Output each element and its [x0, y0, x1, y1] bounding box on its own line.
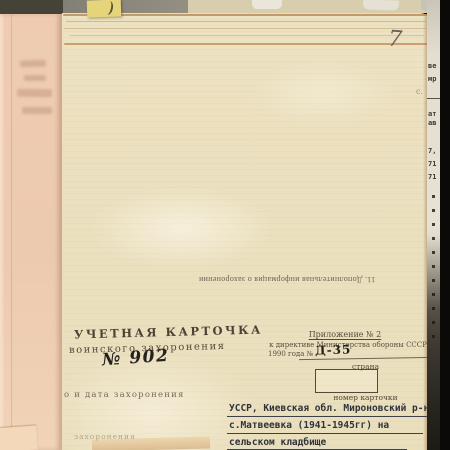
underlying-sheet-corner — [0, 425, 38, 450]
ink-bleedthrough — [20, 60, 46, 68]
strip-text-fragment: ве — [428, 62, 436, 70]
page-crease — [11, 14, 12, 450]
burial-date-field-label: о и дата захоронения — [64, 390, 185, 400]
handwritten-directive-number: Д-35 — [315, 342, 352, 357]
paper-corner-fold — [252, 0, 282, 9]
strip-text-fragment: мр — [428, 75, 436, 83]
strip-text-fragment: ат — [428, 110, 436, 118]
ink-bleedthrough — [22, 107, 52, 114]
strip-text-fragment: ав — [428, 119, 436, 127]
strip-text-fragment: 71 — [428, 160, 436, 168]
strip-tick-marks — [432, 195, 435, 340]
pencil-smudge-mark: с. — [416, 87, 423, 96]
ink-bleedthrough — [24, 75, 46, 81]
typed-location-line-1: УССР, Киевская обл. Мироновский р-н. — [229, 403, 435, 414]
left-page-edge — [0, 14, 62, 450]
strip-text-fragment: 7, — [428, 147, 436, 155]
strip-rule-line — [427, 98, 440, 99]
ruled-underline — [227, 416, 448, 417]
page-content: 7 с. 11. Дополнительная информация о зах… — [62, 13, 433, 450]
appendix-year-line: 1990 года № — [268, 350, 313, 358]
strip-text-fragment: 71 — [428, 173, 436, 181]
paper-corner-fold — [363, 0, 399, 11]
ruled-underline — [227, 433, 423, 434]
binding-gap — [63, 0, 188, 13]
typed-location-line-2: с.Матвеевка (1941-1945гг) на — [229, 420, 389, 431]
adjacent-page-strip: ве мр ат ав 7, 71 71 — [427, 0, 440, 450]
bleedthrough-text: захоронения — [74, 432, 136, 441]
card-title: УЧЕТНАЯ КАРТОЧКА — [74, 323, 263, 342]
upside-down-section-label: 11. Дополнительная информация о захороне… — [182, 275, 392, 284]
handwritten-card-number: № 902 — [101, 346, 170, 371]
scanned-archive-page: 7 с. 11. Дополнительная информация о зах… — [0, 0, 450, 450]
scan-background — [440, 0, 450, 450]
card-number-label: номер карточки — [299, 393, 432, 402]
pencil-page-number: 7 — [387, 27, 403, 53]
ink-bleedthrough — [17, 89, 52, 98]
card-number-box — [315, 369, 378, 393]
typed-location-line-3: сельском кладбище — [229, 437, 326, 448]
dark-cover-edge — [0, 0, 63, 15]
appendix-heading: Приложение № 2 — [270, 330, 420, 339]
